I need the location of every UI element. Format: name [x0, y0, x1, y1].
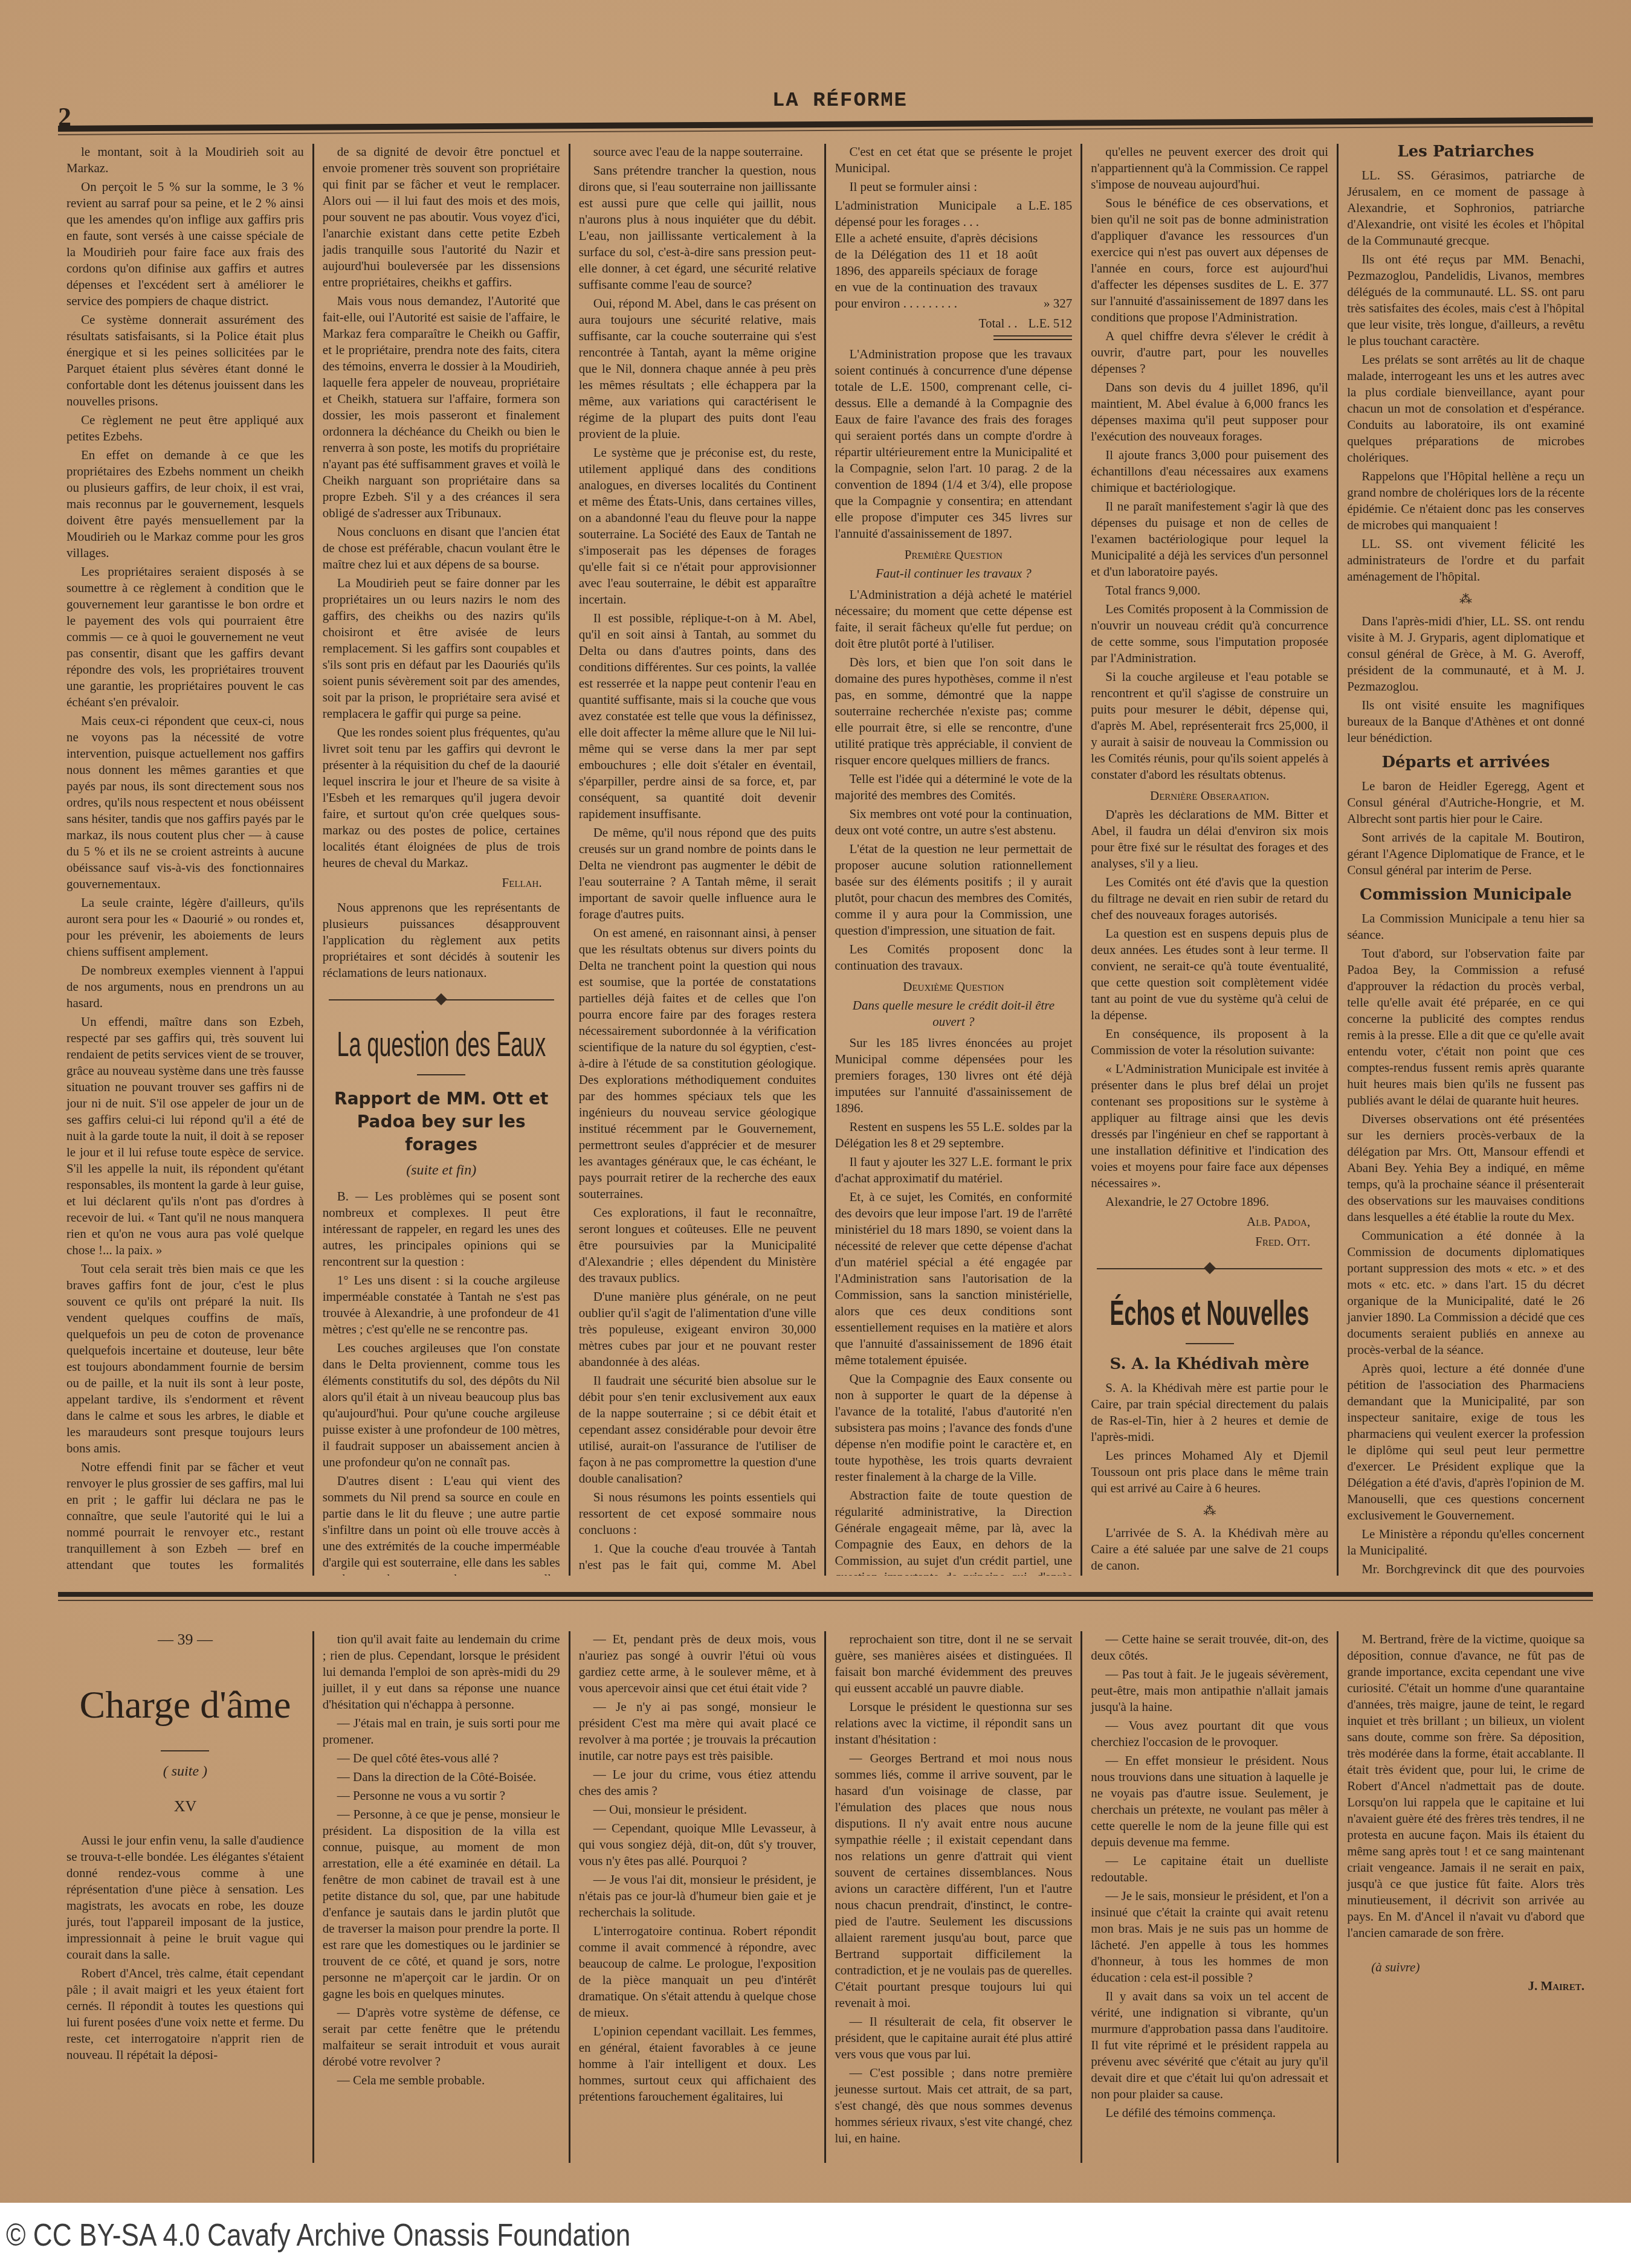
paragraph: Rappelons que l'Hôpital hellène a reçu u…: [1347, 468, 1584, 533]
author-signature: J. Mairet.: [1347, 1978, 1584, 1994]
paragraph: — J'étais mal en train, je suis sorti po…: [323, 1715, 560, 1748]
paragraph: Diverses observations ont été présentées…: [1347, 1111, 1584, 1225]
budget-value: L.E. 185: [1028, 198, 1072, 230]
article-subtitle-rapport: Rapport de MM. Ott et Padoa bey sur les …: [323, 1087, 560, 1156]
paragraph: Sur les 185 livres énoncées au projet Mu…: [835, 1035, 1072, 1116]
paragraph: « L'Administration Municipale est invité…: [1091, 1061, 1328, 1191]
paragraph: Il faut y ajouter les 327 L.E. formant l…: [835, 1154, 1072, 1187]
paragraph: L'Administration a déjà acheté le matéri…: [835, 587, 1072, 652]
paragraph: — Le capitaine était un duelliste redout…: [1091, 1853, 1328, 1886]
paragraph: Tout cela serait très bien mais ce que l…: [66, 1261, 304, 1457]
paragraph: qu'elles ne peuvent exercer des droit qu…: [1091, 144, 1328, 193]
paragraph: — Dans la direction de la Côté-Boisée.: [323, 1769, 560, 1785]
question-heading: Deuxième Question: [835, 979, 1072, 995]
subheading-khedivah: S. A. la Khédivah mère: [1091, 1356, 1328, 1373]
paragraph: L'opinion cependant vacillait. Les femme…: [579, 2023, 816, 2105]
title-underline: [417, 1074, 465, 1075]
paragraph: L'arrivée de S. A. la Khédivah mère au C…: [1091, 1525, 1328, 1574]
paragraph: Si nous résumons les points essentiels q…: [579, 1489, 816, 1538]
observation-heading: Dernière Obseraation.: [1091, 788, 1328, 804]
suite-label: (suite et fin): [323, 1162, 560, 1179]
paragraph: Sans prétendre trancher la question, nou…: [579, 163, 816, 293]
asterism: ⁂: [1347, 591, 1584, 607]
paragraph: Aussi le jour enfin venu, la salle d'aud…: [66, 1832, 304, 1963]
budget-row: Elle a acheté ensuite, d'après décisions…: [835, 230, 1072, 312]
section-title-echos: Échos et Nouvelles: [1091, 1293, 1328, 1333]
paragraph: Il ne paraît manifestement s'agir là que…: [1091, 498, 1328, 580]
paragraph: — En effet monsieur le président. Nous n…: [1091, 1753, 1328, 1851]
feuilleton-column-4: reprochaient son titre, dont il ne se se…: [826, 1631, 1082, 2163]
paragraph: LL. SS. Gérasimos, patriarche de Jérusal…: [1347, 167, 1584, 249]
feuilleton-columns: — 39 — Charge d'âme ( suite ) XV Aussi l…: [58, 1631, 1593, 2163]
feuilleton-rule-thin: [58, 1600, 1593, 1601]
suite-label: ( suite ): [66, 1764, 304, 1780]
feuilleton-column-1: — 39 — Charge d'âme ( suite ) XV Aussi l…: [58, 1631, 314, 2163]
question-subheading: Faut-il continuer les travaux ?: [835, 565, 1072, 582]
budget-label: L'administration Municipale a dépensé po…: [835, 198, 1022, 230]
paragraph: L'interrogatoire continua. Robert répond…: [579, 1923, 816, 2021]
paragraph: — Et, pendant près de deux mois, vous n'…: [579, 1631, 816, 1696]
paragraph: Lorsque le président le questionna sur s…: [835, 1699, 1072, 1748]
paragraph: D'après les déclarations de MM. Bitter e…: [1091, 807, 1328, 872]
paragraph: On perçoit le 5 % sur la somme, le 3 % r…: [66, 179, 304, 309]
paragraph: De nombreux exemples viennent à l'appui …: [66, 962, 304, 1011]
paragraph: La seule crainte, légère d'ailleurs, qu'…: [66, 895, 304, 960]
budget-total-label: Total . .: [979, 315, 1018, 332]
paragraph: Communication a été donnée à la Commissi…: [1347, 1228, 1584, 1358]
subheading-departs: Départs et arrivées: [1347, 755, 1584, 771]
upper-columns: le montant, soit à la Moudirieh soit au …: [58, 144, 1593, 1576]
paragraph: — Cette haine se serait trouvée, dit-on,…: [1091, 1631, 1328, 1664]
paragraph: Il y avait dans sa voix un tel accent de…: [1091, 1988, 1328, 2102]
feuilleton-column-3: — Et, pendant près de deux mois, vous n'…: [570, 1631, 827, 2163]
paragraph: En conséquence, ils proposent à la Commi…: [1091, 1026, 1328, 1058]
paragraph: La Moudirieh peut se faire donner par le…: [323, 575, 560, 722]
paragraph: Telle est l'idée qui a déterminé le vote…: [835, 771, 1072, 804]
paragraph: On est amené, en raisonnant ainsi, à pen…: [579, 925, 816, 1202]
paragraph: Un effendi, maître dans son Ezbeh, respe…: [66, 1014, 304, 1258]
asterism: ⁂: [1091, 1503, 1328, 1519]
feuilleton-number: — 39 —: [66, 1631, 304, 1648]
paragraph: — C'est possible ; dans notre première j…: [835, 2065, 1072, 2147]
paragraph: — Georges Bertrand et moi nous nous somm…: [835, 1750, 1072, 2011]
paragraph: Mr. Borchgrevinck dit que des pourvoies …: [1347, 1561, 1584, 1576]
paragraph: — Le jour du crime, vous étiez attendu c…: [579, 1767, 816, 1799]
paragraph: Sont arrivés de la capitale M. Boutiron,…: [1347, 830, 1584, 878]
paragraph: Si la couche argileuse et l'eau potable …: [1091, 669, 1328, 783]
paragraph: Les propriétaires seraient disposés à se…: [66, 564, 304, 710]
chapter-number: XV: [66, 1798, 304, 1814]
paragraph: Il est possible, réplique-t-on à M. Abel…: [579, 610, 816, 822]
section-divider: [329, 999, 554, 1000]
paragraph: reprochaient son titre, dont il ne se se…: [835, 1631, 1072, 1696]
paragraph: — Cela me semble probable.: [323, 2072, 560, 2089]
paragraph: Que les rondes soient plus fréquentes, q…: [323, 724, 560, 871]
paragraph: Les prélats se sont arrêtés au lit de ch…: [1347, 352, 1584, 466]
paragraph: — De quel côté êtes-vous allé ?: [323, 1750, 560, 1767]
paragraph: D'une manière plus générale, on ne peut …: [579, 1289, 816, 1370]
paragraph: Dans son devis du 4 juillet 1896, qu'il …: [1091, 379, 1328, 445]
paragraph: Les couches argileuses que l'on constate…: [323, 1340, 560, 1471]
budget-label: Elle a acheté ensuite, d'après décisions…: [835, 230, 1038, 312]
paragraph: Total francs 9,000.: [1091, 582, 1328, 599]
feuilleton-rule: [58, 1592, 1593, 1597]
paragraph: C'est en cet état que se présente le pro…: [835, 144, 1072, 176]
paragraph: Le système que je préconise est, du rest…: [579, 445, 816, 608]
feuilleton-title: Charge d'âme: [66, 1684, 304, 1726]
paragraph: 1° Les uns disent : si la couche argileu…: [323, 1272, 560, 1338]
paragraph: Le Ministère a répondu qu'elles concerne…: [1347, 1526, 1584, 1559]
masthead: LA RÉFORME: [743, 89, 937, 112]
subheading-patriarches: Les Patriarches: [1347, 144, 1584, 160]
paragraph: M. Bertrand, frère de la victime, quoiqu…: [1347, 1631, 1584, 1941]
title-underline: [161, 1750, 209, 1751]
feuilleton-column-6: M. Bertrand, frère de la victime, quoiqu…: [1339, 1631, 1593, 2163]
paragraph: Et, à ce sujet, les Comités, en conformi…: [835, 1189, 1072, 1368]
paragraph: A quel chiffre devra s'élever le crédit …: [1091, 328, 1328, 377]
paragraph: Abstraction faite de toute question de r…: [835, 1487, 1072, 1576]
paragraph: Le défilé des témoins commença.: [1091, 2105, 1328, 2121]
paragraph: La question est en suspens depuis plus d…: [1091, 926, 1328, 1023]
feuilleton-column-5: — Cette haine se serait trouvée, dit-on,…: [1082, 1631, 1339, 2163]
license-credit: © CC BY-SA 4.0 Cavafy Archive Onassis Fo…: [6, 2217, 630, 2254]
paragraph: Mais vous nous demandez, l'Autorité que …: [323, 293, 560, 521]
double-rule: [993, 335, 1072, 340]
paragraph: Il faudrait une sécurité bien absolue su…: [579, 1373, 816, 1487]
paragraph: LL. SS. ont vivement félicité les admini…: [1347, 536, 1584, 585]
paragraph: — Vous avez pourtant dit que vous cherch…: [1091, 1718, 1328, 1750]
paragraph: S. A. la Khédivah mère est partie pour l…: [1091, 1380, 1328, 1445]
paragraph: Oui, répond M. Abel, dans le cas présent…: [579, 295, 816, 442]
paragraph: — Personne ne vous a vu sortir ?: [323, 1788, 560, 1804]
question-subheading: Dans quelle mesure le crédit doit-il êtr…: [835, 997, 1072, 1030]
paragraph: — Oui, monsieur le président.: [579, 1802, 816, 1818]
paragraph: — Pas tout à fait. Je le jugeais sévèrem…: [1091, 1666, 1328, 1715]
column-5: qu'elles ne peuvent exercer des droit qu…: [1082, 144, 1339, 1576]
paragraph: — Personne, à ce que je pense, monsieur …: [323, 1806, 560, 2002]
paragraph: Sous le bénéfice de ces observations, et…: [1091, 195, 1328, 326]
budget-total-row: Total . . L.E. 512: [835, 315, 1072, 332]
report-date: Alexandrie, le 27 Octobre 1896.: [1091, 1194, 1328, 1210]
paragraph: Les princes Mohamed Aly et Djemil Tousso…: [1091, 1448, 1328, 1496]
paragraph: le montant, soit à la Moudirieh soit au …: [66, 144, 304, 176]
paragraph: — D'après votre système de défense, ce s…: [323, 2005, 560, 2070]
column-2: de sa dignité de devoir être ponctuel et…: [314, 144, 570, 1576]
paragraph: — Il résulterait de cela, fit observer l…: [835, 2014, 1072, 2063]
paragraph: En effet on demande à ce que les proprié…: [66, 447, 304, 561]
paragraph: Les Comités proposent à la Commission de…: [1091, 601, 1328, 666]
paragraph: de sa dignité de devoir être ponctuel et…: [323, 144, 560, 291]
paragraph: Le baron de Heidler Egeregg, Agent et Co…: [1347, 778, 1584, 827]
paragraph: La Commission Municipale a tenu hier sa …: [1347, 910, 1584, 943]
a-suivre: (à suivre): [1347, 1959, 1584, 1976]
column-6: Les Patriarches LL. SS. Gérasimos, patri…: [1339, 144, 1593, 1576]
paragraph: Ce règlement ne peut être appliqué aux p…: [66, 412, 304, 445]
paragraph: Mais ceux-ci répondent que ceux-ci, nous…: [66, 713, 304, 892]
paragraph: Dès lors, et bien que l'on soit dans le …: [835, 654, 1072, 768]
paragraph: D'autres disent : L'eau qui vient des so…: [323, 1473, 560, 1576]
paragraph: — Cependant, quoique Mlle Levasseur, à q…: [579, 1820, 816, 1869]
paragraph: Robert d'Ancel, très calme, était cepend…: [66, 1965, 304, 2063]
paragraph: Il peut se formuler ainsi :: [835, 179, 1072, 195]
signature-fellah: Fellah.: [323, 875, 542, 891]
paragraph: 1. Que la couche d'eau trouvée à Tantah …: [579, 1541, 816, 1576]
budget-row: L'administration Municipale a dépensé po…: [835, 198, 1072, 230]
paragraph: De même, qu'il nous répond que des puits…: [579, 825, 816, 923]
subheading-commission: Commission Municipale: [1347, 887, 1584, 903]
section-divider: [1097, 1268, 1322, 1269]
paragraph: Dans l'après-midi d'hier, LL. SS. ont re…: [1347, 613, 1584, 695]
signature: Alb. Padoa,: [1091, 1214, 1310, 1230]
paragraph: Que la Compagnie des Eaux consente ou no…: [835, 1371, 1072, 1485]
column-4: C'est en cet état que se présente le pro…: [826, 144, 1082, 1576]
paragraph: Ce système donnerait assurément des résu…: [66, 312, 304, 410]
paragraph: L'état de la question ne leur permettait…: [835, 841, 1072, 939]
paragraph: L'Administration propose que les travaux…: [835, 346, 1072, 542]
paragraph: Il ajoute francs 3,000 pour puisement de…: [1091, 447, 1328, 496]
question-heading: Première Question: [835, 547, 1072, 563]
column-3: source avec l'eau de la nappe souterrain…: [570, 144, 827, 1576]
signature: Fred. Ott.: [1091, 1234, 1310, 1250]
paragraph: Tout d'abord, sur l'observation faite pa…: [1347, 946, 1584, 1109]
feuilleton-column-2: tion qu'il avait faite au lendemain du c…: [314, 1631, 570, 2163]
budget-total-value: L.E. 512: [1028, 315, 1072, 332]
article-title-eaux: La question des Eaux: [323, 1025, 560, 1065]
budget-table: L'administration Municipale a dépensé po…: [835, 198, 1072, 340]
paragraph: — Je vous l'ai dit, monsieur le présiden…: [579, 1872, 816, 1921]
paragraph: Restent en suspens les 55 L.E. soldes pa…: [835, 1119, 1072, 1152]
paragraph: tion qu'il avait faite au lendemain du c…: [323, 1631, 560, 1713]
paragraph: Ces explorations, il faut le reconnaître…: [579, 1205, 816, 1286]
paragraph: Nous apprenons que les représentants de …: [323, 900, 560, 981]
title-underline: [1186, 1343, 1234, 1344]
paragraph: B. — Les problèmes qui se posent sont no…: [323, 1188, 560, 1270]
paragraph: — Je n'y ai pas songé, monsieur le prési…: [579, 1699, 816, 1764]
paragraph: Notre effendi finit par se fâcher et veu…: [66, 1459, 304, 1576]
budget-value: » 327: [1044, 295, 1072, 312]
paragraph: — Je le sais, monsieur le président, et …: [1091, 1888, 1328, 1986]
paragraph: Après quoi, lecture a été donnée d'une p…: [1347, 1361, 1584, 1524]
paragraph: Les Comités ont été d'avis que la questi…: [1091, 874, 1328, 923]
column-1: le montant, soit à la Moudirieh soit au …: [58, 144, 314, 1576]
paragraph: source avec l'eau de la nappe souterrain…: [579, 144, 816, 160]
paragraph: Six membres ont voté pour la continuatio…: [835, 806, 1072, 839]
paragraph: Ils ont visité ensuite les magnifiques b…: [1347, 697, 1584, 746]
paragraph: Ils ont été reçus par MM. Benachi, Pezma…: [1347, 251, 1584, 349]
paragraph: Nous concluons en disant que l'ancien ét…: [323, 524, 560, 573]
paragraph: Les Comités proposent donc la continuati…: [835, 941, 1072, 974]
